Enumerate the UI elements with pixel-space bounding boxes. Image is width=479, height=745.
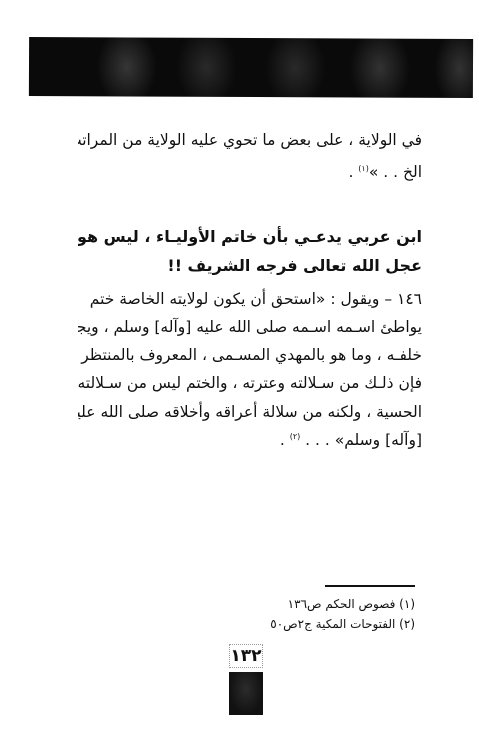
text-line: الخ . . »(١) . bbox=[78, 158, 422, 186]
text-line: ١٤٦ – ويقول : «استحق أن يكون لولايته الخ… bbox=[78, 285, 422, 313]
text-line: يواطئ اسـمه اسـمه صلى الله عليه [وآله] و… bbox=[78, 313, 422, 341]
footnote-2: (٢) الفتوحات المكية ج٢ص٥٠ bbox=[270, 615, 415, 633]
footnote-1: (١) فصوص الحكم ص١٣٦ bbox=[288, 595, 415, 613]
footnote-ref-2[interactable]: (٢) bbox=[290, 432, 301, 441]
text-line-content: [وآله] وسلم» . . . bbox=[300, 431, 422, 449]
text-line: فإن ذلـك من سـلالته وعترته ، والختم ليس … bbox=[78, 369, 422, 397]
text-line-end: . bbox=[348, 163, 358, 181]
section-heading-text: عجل الله تعالى فرجه الشريف !! bbox=[167, 256, 422, 275]
page-number-decorative-block bbox=[229, 672, 263, 715]
footnote-divider bbox=[325, 585, 415, 587]
text-line-end: . bbox=[280, 431, 290, 449]
text-line-content: فإن ذلـك من سـلالته وعترته ، والختم ليس … bbox=[78, 374, 422, 392]
text-line: في الولاية ، على بعض ما تحوي عليه الولاي… bbox=[78, 126, 422, 154]
section-heading-text: ابن عربي يدعـي بأن خاتم الأوليـاء ، ليس … bbox=[78, 227, 422, 246]
text-line-content: ١٤٦ – ويقول : «استحق أن يكون لولايته الخ… bbox=[90, 290, 422, 308]
section-heading-line-1: ابن عربي يدعـي بأن خاتم الأوليـاء ، ليس … bbox=[78, 223, 422, 251]
section-heading-line-2: عجل الله تعالى فرجه الشريف !! bbox=[78, 252, 422, 280]
text-line-content: في الولاية ، على بعض ما تحوي عليه الولاي… bbox=[78, 131, 422, 149]
text-line-content: خلفـه ، وما هو بالمهدي المسـمى ، المعروف… bbox=[78, 346, 422, 364]
main-text: في الولاية ، على بعض ما تحوي عليه الولاي… bbox=[78, 0, 422, 745]
text-line: الحسية ، ولكنه من سلالة أعراقه وأخلاقه ص… bbox=[78, 398, 422, 426]
text-line: [وآله] وسلم» . . . (٢) . bbox=[78, 426, 422, 454]
text-line-content: الخ . . » bbox=[369, 163, 422, 181]
footnote-ref-1[interactable]: (١) bbox=[358, 164, 369, 173]
text-line-content: الحسية ، ولكنه من سلالة أعراقه وأخلاقه ص… bbox=[78, 403, 422, 421]
text-line-content: يواطئ اسـمه اسـمه صلى الله عليه [وآله] و… bbox=[78, 318, 422, 336]
page-number: ١٣٢ bbox=[229, 644, 263, 668]
text-line: خلفـه ، وما هو بالمهدي المسـمى ، المعروف… bbox=[78, 341, 422, 369]
